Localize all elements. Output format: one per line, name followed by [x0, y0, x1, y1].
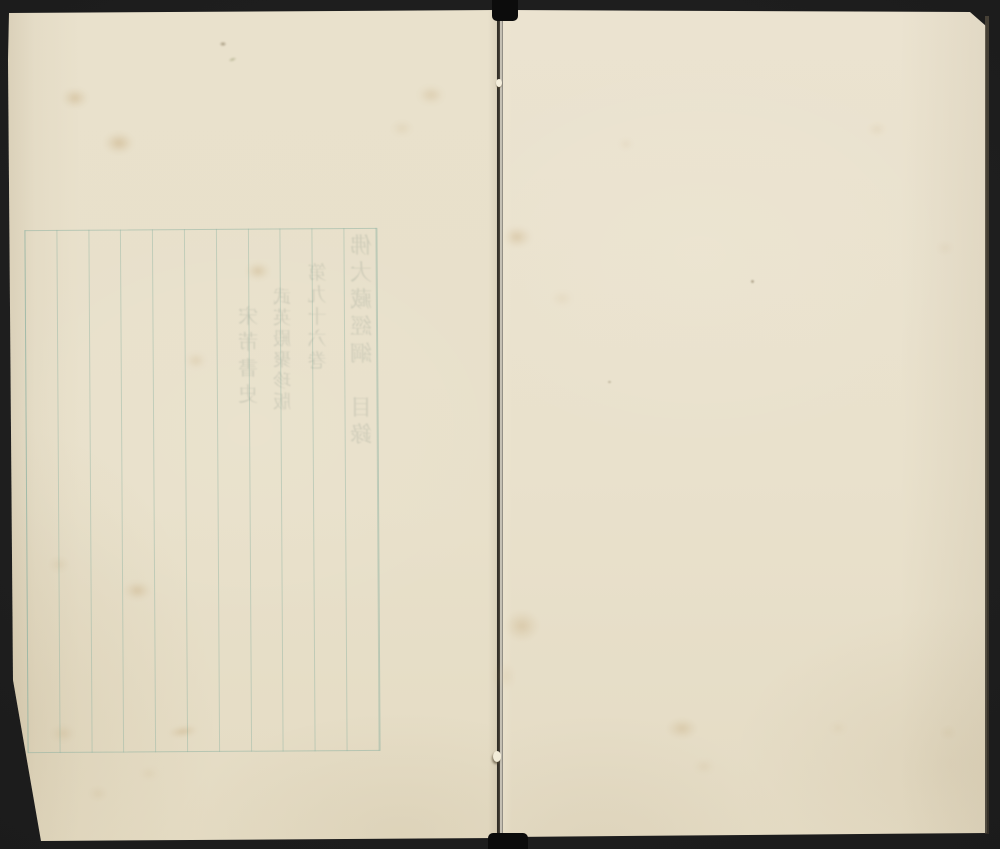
paper-chip [493, 751, 501, 762]
stain [830, 723, 846, 733]
stain [694, 760, 714, 773]
stain [607, 380, 612, 384]
stain [750, 279, 755, 284]
stain [104, 132, 134, 154]
page-gap-notch-bottom [488, 833, 528, 849]
stain [219, 41, 227, 47]
stain [227, 56, 237, 64]
stain [620, 140, 632, 148]
stain [62, 88, 88, 108]
stain [392, 122, 412, 135]
photo-background: 佛 大 藏 經 綱 目 錄 第 九 十 六 巻 武 英 殿 聚 珍 版 宋 芾 … [0, 0, 1000, 849]
stain [942, 728, 954, 737]
stain [938, 243, 952, 253]
stain [418, 86, 444, 104]
stain [551, 291, 573, 306]
ruled-grid [24, 228, 380, 753]
stain [140, 768, 158, 779]
stain [868, 124, 886, 135]
page-gap-notch-top [492, 0, 518, 21]
paper-chip [496, 79, 502, 87]
stain [90, 788, 106, 799]
stain [666, 718, 698, 739]
page-edge-shadow [985, 16, 989, 834]
